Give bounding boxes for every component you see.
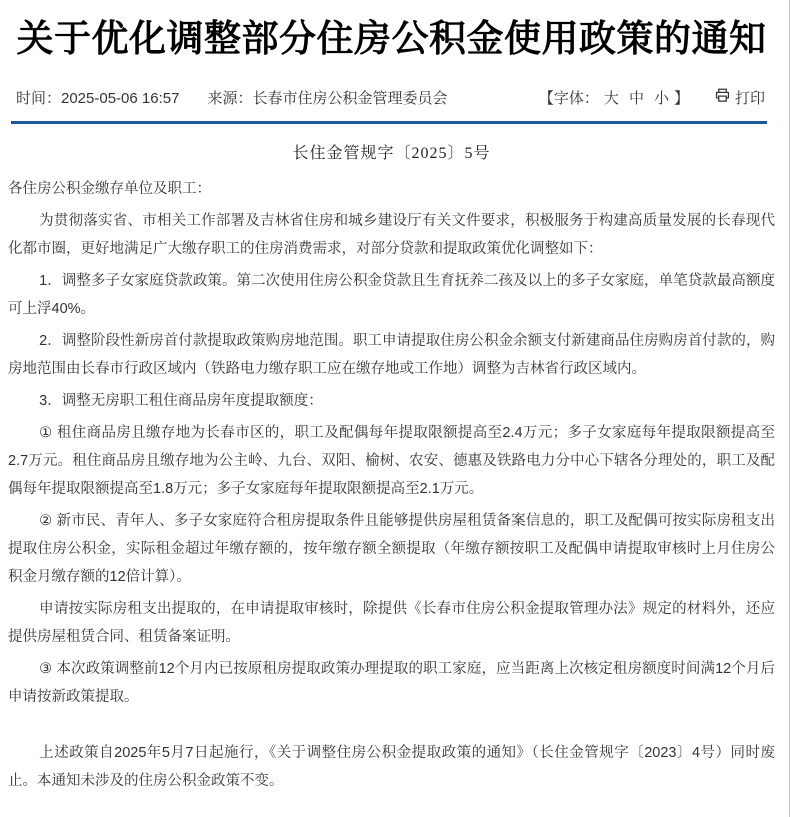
paragraph-item-3-1-quota-amounts: ① 租住商品房且缴存地为长春市区的，职工及配偶每年提取限额提高至2.4万元；多子… xyxy=(8,419,775,503)
meta-left: 时间：2025-05-06 16:57 来源：长春市住房公积金管理委员会 xyxy=(16,87,447,108)
paragraph-intro: 为贯彻落实省、市相关工作部署及吉林省住房和城乡建设厅有关文件要求，积极服务于构建… xyxy=(8,207,775,263)
meta-bar: 时间：2025-05-06 16:57 来源：长春市住房公积金管理委员会 【字体… xyxy=(16,87,765,108)
paragraph-item-1-loan-policy: 1．调整多子女家庭贷款政策。第二次使用住房公积金贷款且生育抚养二孩及以上的多子女… xyxy=(8,267,775,323)
paragraph-salutation: 各住房公积金缴存单位及职工： xyxy=(8,175,775,203)
paragraph-item-2-downpayment-scope: 2．调整阶段性新房首付款提取政策购房地范围。职工申请提取住房公积金余额支付新建商… xyxy=(8,327,775,383)
meta-right: 【字体：大中小】 打印 xyxy=(539,87,765,108)
font-size-large-link[interactable]: 大 xyxy=(604,87,619,108)
paragraph-effective-date: 上述政策自2025年5月7日起施行，《关于调整住房公积金提取政策的通知》（长住金… xyxy=(8,739,775,795)
publish-time: 时间：2025-05-06 16:57 xyxy=(16,87,179,108)
paragraph-item-3-rental-quota: 3．调整无房职工租住商品房年度提取额度： xyxy=(8,387,775,415)
print-label: 打印 xyxy=(735,87,765,108)
font-size-small-link[interactable]: 小 xyxy=(654,87,669,108)
font-size-control: 【字体：大中小】 xyxy=(539,87,689,108)
font-size-medium-link[interactable]: 中 xyxy=(629,87,644,108)
notice-body: 各住房公积金缴存单位及职工： 为贯彻落实省、市相关工作部署及吉林省住房和城乡建设… xyxy=(8,175,775,795)
publish-source: 来源：长春市住房公积金管理委员会 xyxy=(207,87,447,108)
font-control-suffix: 】 xyxy=(674,90,689,107)
print-button[interactable]: 打印 xyxy=(715,87,765,108)
page-title: 关于优化调整部分住房公积金使用政策的通知 xyxy=(14,16,769,62)
blue-divider xyxy=(11,121,767,124)
paragraph-required-materials: 申请按实际房租支出提取的，在申请提取审核时，除提供《长春市住房公积金提取管理办法… xyxy=(8,595,775,651)
notice-page: 关于优化调整部分住房公积金使用政策的通知 时间：2025-05-06 16:57… xyxy=(0,0,790,817)
document-number: 长住金管规字〔2025〕5号 xyxy=(8,140,775,163)
font-control-prefix: 【字体： xyxy=(539,90,599,107)
paragraph-item-3-3-transition-rule: ③ 本次政策调整前12个月内已按原租房提取政策办理提取的职工家庭，应当距离上次核… xyxy=(8,655,775,711)
paragraph-item-3-2-actual-rent: ② 新市民、青年人、多子女家庭符合租房提取条件且能够提供房屋租赁备案信息的，职工… xyxy=(8,507,775,591)
printer-icon xyxy=(715,88,730,107)
